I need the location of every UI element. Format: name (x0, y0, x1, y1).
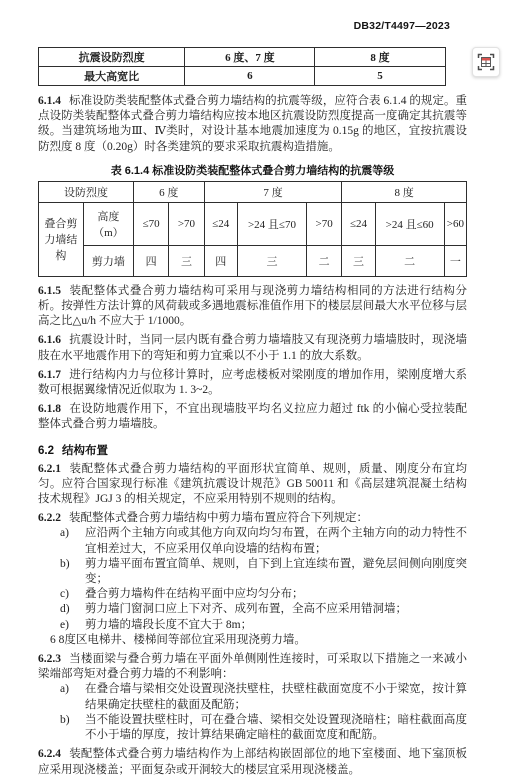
list-marker: a) (60, 526, 85, 556)
list-item-text: 剪力墙的墙段长度不宜大于 8m； (85, 618, 467, 633)
list-item: a) 在叠合墙与梁相交处设置现浇扶壁柱，扶壁柱截面宽度不小于梁宽，按计算结果确定… (38, 682, 467, 712)
table-capture-icon (477, 53, 495, 71)
cell-height: >24 且≤60 (375, 202, 444, 245)
list-item-text: 剪力墙平面布置宜简单、规则，自下到上宜连续布置，避免层间侧向刚度突变； (85, 557, 467, 587)
cell-height: ≤24 (204, 202, 237, 245)
list-item: d) 剪力墙门窗洞口应上下对齐、成列布置，全高不应采用错洞墙； (38, 602, 467, 617)
max-aspect-ratio-table: 抗震设防烈度 6 度、7 度 8 度 最大高宽比 6 5 (38, 47, 446, 86)
clause-6-1-8: 6.1.8在设防地震作用下，不宜出现墙肢平均名义拉应力超过 ftk 的小偏心受拉… (38, 402, 467, 432)
cell-grade: 四 (133, 245, 168, 276)
table-capture-button[interactable] (472, 47, 500, 77)
table-6-1-4-caption: 表 6.1.4 标准设防类装配整体式叠合剪力墙结构的抗震等级 (38, 162, 467, 178)
clause-number: 6.2.3 (38, 653, 69, 665)
list-item: b) 当不能设置扶壁柱时，可在叠合墙、梁相交处设置现浇暗柱；暗柱截面高度不小于墙… (38, 713, 467, 743)
clause-6-2-1: 6.2.1装配整体式叠合剪力墙结构的平面形状宜简单、规则，质量、刚度分布宜均匀。… (38, 462, 467, 508)
note-cast-in-place-walls: 6 8度区电梯井、楼梯间等部位宜采用现浇剪力墙。 (38, 633, 467, 648)
clause-number: 6.2.1 (38, 463, 69, 475)
clause-text: 在设防地震作用下，不宜出现墙肢平均名义拉应力超过 ftk 的小偏心受拉装配整体式… (38, 403, 467, 430)
cell-grade: 三 (342, 245, 375, 276)
clause-text: 抗震设计时，当同一层内既有叠合剪力墙墙肢又有现浇剪力墙墙肢时，现浇墙肢在水平地震… (38, 334, 467, 361)
cell-grade: 三 (169, 245, 204, 276)
cell-height: >70 (307, 202, 342, 245)
cell-grade: 一 (444, 245, 466, 276)
page-number: 6 (439, 750, 444, 761)
section-6-2-heading: 6.2结构布置 (38, 442, 467, 458)
cell-h-intensity: 设防烈度 (39, 181, 134, 202)
clause-6-2-4: 6.2.4装配整体式叠合剪力墙结构作为上部结构嵌固部位的地下室楼面、地下室顶板应… (38, 747, 467, 777)
clause-number: 6.1.7 (38, 369, 69, 381)
clause-6-2-3: 6.2.3当楼面梁与叠合剪力墙在平面外单侧刚性连接时，可采取以下措施之一来减小梁… (38, 652, 467, 682)
cell-intensity-67: 6 度、7 度 (185, 48, 315, 67)
clause-6-2-2: 6.2.2装配整体式叠合剪力墙结构中剪力墙布置应符合下列规定： (38, 511, 467, 526)
clause-number: 6.1.4 (38, 95, 69, 107)
section-title: 结构布置 (62, 445, 108, 457)
list-item-text: 当不能设置扶壁柱时，可在叠合墙、梁相交处设置现浇暗柱；暗柱截面高度不小于墙的厚度… (85, 713, 467, 743)
cell-height: ≤24 (342, 202, 375, 245)
list-item: a) 应沿两个主轴方向或其他方向双向均匀布置，在两个主轴方向的动力特性不宜相差过… (38, 526, 467, 556)
cell-structure-label: 叠合剪力墙结构 (39, 202, 84, 276)
list-marker: b) (60, 557, 85, 587)
list-marker: a) (60, 682, 85, 712)
clause-text: 装配整体式叠合剪力墙结构可采用与现浇剪力墙结构相同的方法进行结构分析。按弹性方法… (38, 285, 467, 327)
clause-6-1-4: 6.1.4标准设防类装配整体式叠合剪力墙结构的抗震等级，应符合表 6.1.4 的… (38, 94, 467, 155)
cell-aspect-label: 最大高宽比 (39, 67, 185, 86)
clause-6-1-5: 6.1.5装配整体式叠合剪力墙结构可采用与现浇剪力墙结构相同的方法进行结构分析。… (38, 284, 467, 330)
cell-height: >60 (444, 202, 466, 245)
list-item: e) 剪力墙的墙段长度不宜大于 8m； (38, 618, 467, 633)
cell-wall-label: 剪力墙 (83, 245, 133, 276)
table-row: 剪力墙 四 三 四 三 二 三 二 一 (39, 245, 467, 276)
list-marker: e) (60, 618, 85, 633)
cell-intensity-label: 抗震设防烈度 (39, 48, 185, 67)
cell-grade: 二 (375, 245, 444, 276)
section-number: 6.2 (38, 445, 62, 457)
clause-number: 6.2.4 (38, 748, 69, 760)
clause-number: 6.2.2 (38, 512, 69, 524)
clause-text: 当楼面梁与叠合剪力墙在平面外单侧刚性连接时，可采取以下措施之一来减小梁端部弯矩对… (38, 653, 467, 680)
clause-text: 进行结构内力与位移计算时，应考虑楼板对梁刚度的增加作用，梁刚度增大系数可根据翼缘… (38, 369, 467, 396)
list-item-text: 在叠合墙与梁相交处设置现浇扶壁柱，扶壁柱截面宽度不小于梁宽，按计算结果确定扶壁柱… (85, 682, 467, 712)
clause-number: 6.1.5 (38, 285, 69, 297)
clause-6-1-7: 6.1.7进行结构内力与位移计算时，应考虑楼板对梁刚度的增加作用，梁刚度增大系数… (38, 368, 467, 398)
cell-aspect-67: 6 (185, 67, 315, 86)
table-row: 叠合剪力墙结构 高度（m） ≤70 >70 ≤24 >24 且≤70 >70 ≤… (39, 202, 467, 245)
cell-intensity-8: 8 度 (315, 48, 445, 67)
seismic-grade-table: 设防烈度 6 度 7 度 8 度 叠合剪力墙结构 高度（m） ≤70 >70 ≤… (38, 181, 467, 277)
clause-text: 标准设防类装配整体式叠合剪力墙结构的抗震等级，应符合表 6.1.4 的规定。重点… (38, 95, 467, 153)
cell-height-label: 高度（m） (83, 202, 133, 245)
clause-text: 装配整体式叠合剪力墙结构中剪力墙布置应符合下列规定： (69, 512, 368, 524)
list-item: b) 剪力墙平面布置宜简单、规则，自下到上宜连续布置，避免层间侧向刚度突变； (38, 557, 467, 587)
cell-grade: 三 (237, 245, 306, 276)
clause-text: 装配整体式叠合剪力墙结构作为上部结构嵌固部位的地下室楼面、地下室顶板应采用现浇楼… (38, 748, 467, 775)
cell-h-7deg: 7 度 (204, 181, 342, 202)
cell-grade: 四 (204, 245, 237, 276)
cell-height: >24 且≤70 (237, 202, 306, 245)
cell-aspect-8: 5 (315, 67, 445, 86)
clause-text: 装配整体式叠合剪力墙结构的平面形状宜简单、规则，质量、刚度分布宜均匀。应符合国家… (38, 463, 467, 505)
list-item-text: 叠合剪力墙构件在结构平面中应均匀分布； (85, 587, 467, 602)
cell-h-8deg: 8 度 (342, 181, 467, 202)
cell-h-6deg: 6 度 (133, 181, 204, 202)
document-page: DB32/T4497—2023 抗震设防烈度 6 度、7 度 8 度 最大高宽比… (0, 0, 505, 782)
list-item-text: 剪力墙门窗洞口应上下对齐、成列布置，全高不应采用错洞墙； (85, 602, 467, 617)
table-row: 最大高宽比 6 5 (39, 67, 446, 86)
doc-code-header: DB32/T4497—2023 (38, 20, 467, 32)
list-marker: b) (60, 713, 85, 743)
cell-height: ≤70 (133, 202, 168, 245)
table-row: 抗震设防烈度 6 度、7 度 8 度 (39, 48, 446, 67)
list-item-text: 应沿两个主轴方向或其他方向双向均匀布置，在两个主轴方向的动力特性不宜相差过大，不… (85, 526, 467, 556)
cell-height: >70 (169, 202, 204, 245)
clause-number: 6.1.6 (38, 334, 69, 346)
cell-grade: 二 (307, 245, 342, 276)
list-item: c) 叠合剪力墙构件在结构平面中应均匀分布； (38, 587, 467, 602)
table-row: 设防烈度 6 度 7 度 8 度 (39, 181, 467, 202)
clause-number: 6.1.8 (38, 403, 69, 415)
list-marker: c) (60, 587, 85, 602)
clause-6-1-6: 6.1.6抗震设计时，当同一层内既有叠合剪力墙墙肢又有现浇剪力墙墙肢时，现浇墙肢… (38, 333, 467, 363)
list-marker: d) (60, 602, 85, 617)
